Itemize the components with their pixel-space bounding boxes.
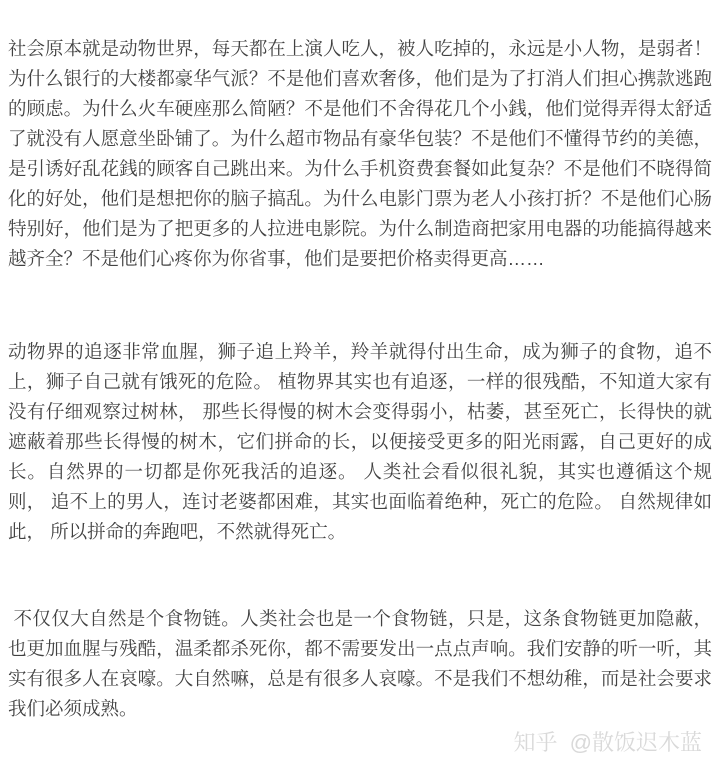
article-body: 社会原本就是动物世界，每天都在上演人吃人，被人吃掉的，永远是小人物，是弱者！为什… — [0, 0, 720, 758]
zhihu-watermark: 知乎 @散饭迟木蓝 — [8, 728, 712, 758]
paragraph-nature-chase: 动物界的追逐非常血腥，狮子追上羚羊，羚羊就得付出生命，成为狮子的食物，追不上，狮… — [8, 337, 712, 547]
paragraph-society-animal-world: 社会原本就是动物世界，每天都在上演人吃人，被人吃掉的，永远是小人物，是弱者！为什… — [8, 34, 712, 274]
zhihu-brand-label: 知乎 — [514, 728, 558, 758]
page: { "article": { "paragraphs": [ "社会原本就是动物… — [0, 0, 720, 767]
zhihu-user-handle: @散饭迟木蓝 — [570, 728, 702, 758]
paragraph-food-chain: 不仅仅大自然是个食物链。人类社会也是一个食物链，只是，这条食物链更加隐蔽，也更加… — [8, 604, 712, 724]
